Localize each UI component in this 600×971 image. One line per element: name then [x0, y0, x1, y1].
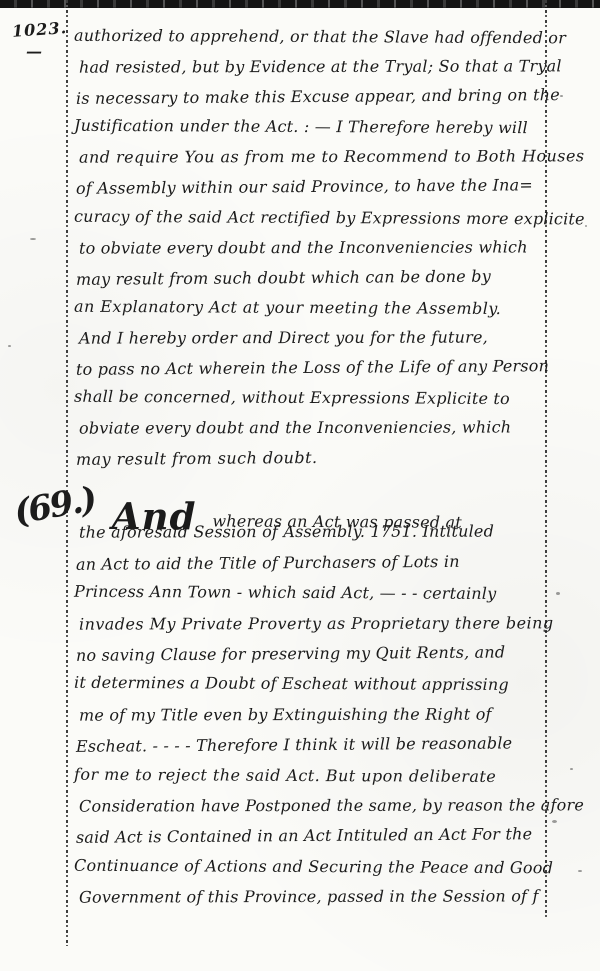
manuscript-line: and require You as from me to Recommend … [79, 147, 546, 178]
manuscript-line: authorized to apprehend, or that the Sla… [74, 26, 546, 59]
manuscript-line: to pass no Act wherein the Loss of the L… [76, 356, 546, 390]
manuscript-line: it determines a Doubt of Escheat without… [74, 673, 546, 706]
paragraph-1: authorized to apprehend, or that the Sla… [74, 27, 546, 478]
manuscript-line: And I hereby order and Direct you for th… [79, 327, 546, 358]
manuscript-line: had resisted, but by Evidence at the Try… [79, 56, 546, 87]
manuscript-line: of Assembly within our said Province, to… [76, 176, 546, 210]
scan-noise-speck [560, 95, 563, 97]
manuscript-line: for me to reject the said Act. But upon … [74, 764, 546, 797]
manuscript-line: Justification under the Act. : — I There… [74, 116, 546, 149]
manuscript-line: to obviate every doubt and the Inconveni… [79, 237, 546, 268]
manuscript-line: the aforesaid Session of Assembly. 1751.… [79, 522, 546, 554]
page-number-dash: — [26, 42, 42, 61]
manuscript-line: is necessary to make this Excuse appear,… [76, 85, 546, 119]
scan-top-edge-bar [0, 0, 600, 8]
manuscript-line: an Act to aid the Title of Purchasers of… [76, 551, 546, 585]
manuscript-line: no saving Clause for preserving my Quit … [76, 642, 546, 676]
scan-noise-speck [30, 238, 36, 240]
left-margin-rule [66, 0, 68, 946]
scan-noise-speck [585, 225, 587, 227]
manuscript-line: me of my Title even by Extinguishing the… [79, 704, 546, 736]
manuscript-line: said Act is Contained in an Act Intitule… [76, 824, 546, 858]
manuscript-line: may result from such doubt which can be … [76, 266, 546, 300]
page-number: 1023. [11, 18, 67, 41]
manuscript-line: Escheat. - - - - Therefore I think it wi… [76, 733, 546, 767]
scan-noise-speck [556, 592, 560, 595]
manuscript-line: Continuance of Actions and Securing the … [74, 855, 546, 888]
manuscript-line: Government of this Province, passed in t… [79, 886, 546, 918]
scan-noise-speck [552, 820, 557, 823]
manuscript-line: Princess Ann Town - which said Act, — - … [74, 582, 546, 615]
scan-noise-speck [570, 768, 573, 770]
manuscript-line: an Explanatory Act at your meeting the A… [74, 297, 546, 330]
manuscript-line: Consideration have Postponed the same, b… [79, 795, 546, 827]
manuscript-line: may result from such doubt. [76, 446, 546, 480]
manuscript-line: invades My Private Proverty as Proprieta… [79, 613, 546, 645]
scan-noise-speck [578, 870, 582, 872]
manuscript-line: curacy of the said Act rectified by Expr… [74, 206, 546, 239]
manuscript-line: obviate every doubt and the Inconvenienc… [79, 418, 546, 449]
manuscript-line: shall be concerned, without Expressions … [74, 387, 546, 420]
paragraph-2: Andwhereas an Act was passed at the afor… [74, 492, 546, 917]
manuscript-line-first: Andwhereas an Act was passed at [74, 491, 546, 524]
manuscript-page: 1023. — (69.) authorized to apprehend, o… [0, 0, 600, 971]
scan-noise-speck [8, 345, 11, 347]
